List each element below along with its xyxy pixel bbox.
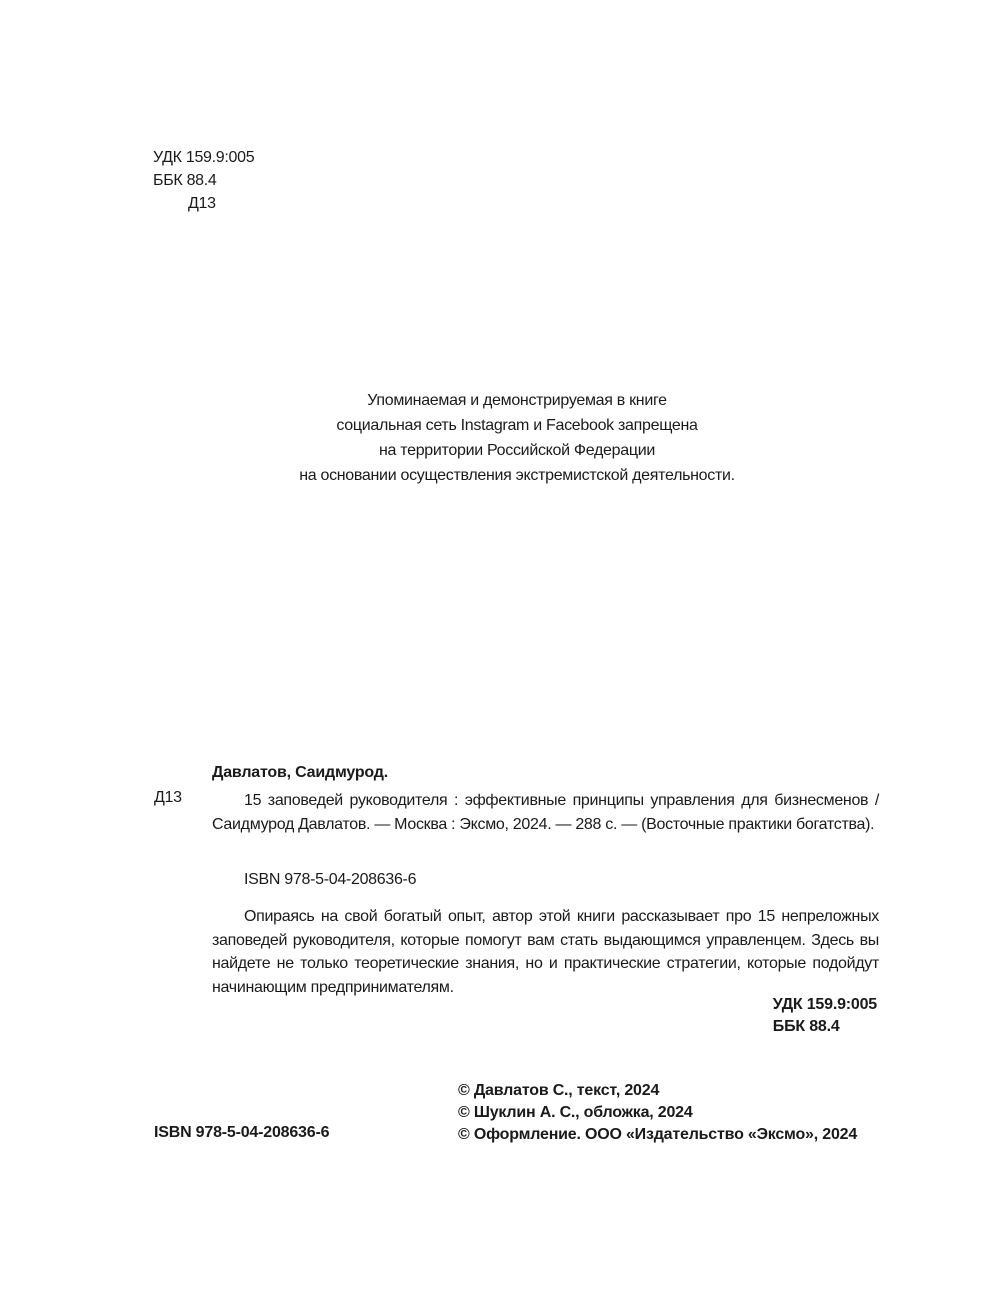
record-codes: УДК 159.9:005 ББК 88.4 [773,994,877,1038]
record-udk: УДК 159.9:005 [773,994,877,1016]
copyright-line: © Шуклин А. С., обложка, 2024 [458,1102,857,1124]
record-author: Давлатов, Саидмурод. [212,764,388,782]
record-description: 15 заповедей руководителя : эффективные … [212,789,879,836]
copyright-block: © Давлатов С., текст, 2024 © Шуклин А. С… [458,1080,857,1146]
footer-isbn: ISBN 978-5-04-208636-6 [154,1124,329,1142]
annotation-text: Опираясь на свой богатый опыт, автор это… [212,905,879,999]
record-bbk: ББК 88.4 [773,1016,877,1038]
copyright-line: © Оформление. ООО «Издательство «Эксмо»,… [458,1124,857,1146]
author-sign: Д13 [153,192,254,215]
description-text: 15 заповедей руководителя : эффективные … [212,789,879,836]
header-codes: УДК 159.9:005 ББК 88.4 Д13 [153,146,254,215]
record-isbn: ISBN 978-5-04-208636-6 [244,871,416,889]
notice-line: на основании осуществления экстремистско… [0,463,986,488]
legal-notice: Упоминаемая и демонстрируемая в книге со… [0,388,986,488]
notice-line: социальная сеть Instagram и Facebook зап… [0,413,986,438]
record-author-sign: Д13 [154,789,182,807]
copyright-line: © Давлатов С., текст, 2024 [458,1080,857,1102]
record-annotation: Опираясь на свой богатый опыт, автор это… [212,905,879,999]
bbk-code: ББК 88.4 [153,169,254,192]
notice-line: Упоминаемая и демонстрируемая в книге [0,388,986,413]
notice-line: на территории Российской Федерации [0,438,986,463]
udk-code: УДК 159.9:005 [153,146,254,169]
